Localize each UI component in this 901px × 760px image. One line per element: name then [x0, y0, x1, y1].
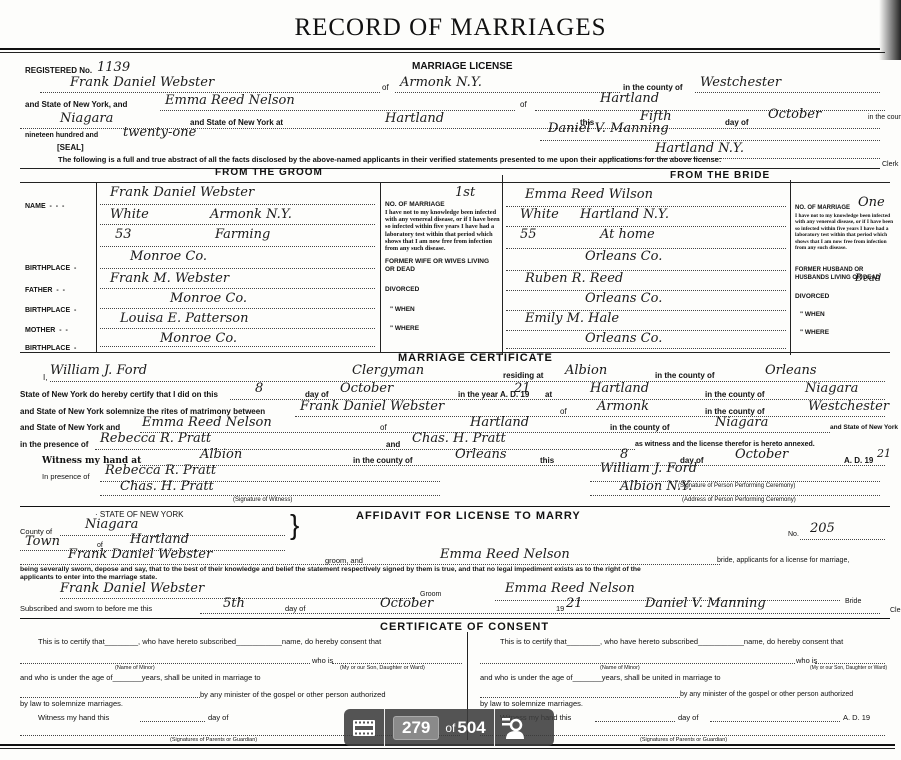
license-month: October	[768, 108, 821, 122]
bride-sig-label: Bride	[845, 597, 861, 606]
line	[95, 449, 635, 450]
officiant-county: Orleans	[765, 364, 817, 378]
officiant-address: Albion N.Y.	[620, 480, 692, 494]
cert-bride-county: Niagara	[715, 416, 768, 430]
license-issued-at: Hartland	[385, 112, 444, 126]
divider	[380, 182, 381, 352]
line	[595, 721, 675, 722]
officiant-sig-caption: (Signature of Person Performing Ceremony…	[678, 482, 795, 491]
line	[506, 206, 786, 207]
title-rule-2	[0, 52, 885, 53]
consent-left-relation-caption: (My or our Son, Daughter or Ward)	[340, 664, 425, 673]
groom-mother-birthplace: Monroe Co.	[160, 332, 237, 346]
abstract-text: The following is a full and true abstrac…	[58, 155, 721, 164]
page-title: RECORD OF MARRIAGES	[0, 14, 901, 42]
groom-label-father-birthplace: BIRTHPLACE -	[25, 306, 76, 316]
line	[100, 204, 375, 205]
divider	[502, 175, 503, 355]
signed-month: October	[735, 448, 788, 462]
signed-at: Albion	[200, 448, 242, 462]
consent-right-ad: A. D. 19	[843, 713, 870, 723]
license-heading: MARRIAGE LICENSE	[412, 62, 513, 72]
affidavit-no-label: No.	[788, 530, 799, 540]
groom-health-statement: I have not to my knowledge been infected…	[385, 209, 500, 252]
consent-right-line1: This is to certify that________, who hav…	[500, 637, 843, 647]
line	[506, 248, 786, 249]
affidavit-clerk-label: Clerk	[890, 606, 901, 615]
officiant-signature: William J. Ford	[600, 462, 697, 476]
groom-where-label: " WHERE	[390, 324, 419, 334]
bride-applicants-label: bride, applicants for a license for marr…	[717, 556, 849, 566]
signed-county: Orleans	[455, 448, 507, 462]
line	[20, 697, 200, 698]
bride-no-marriage: One	[858, 196, 885, 210]
bride-age: 55	[520, 228, 537, 242]
license-bride-name: Emma Reed Nelson	[165, 94, 295, 108]
line	[506, 270, 786, 271]
line	[100, 246, 375, 247]
subscribed-label: Subscribed and sworn to before me this	[20, 604, 152, 614]
i-label: I,	[43, 373, 47, 383]
section-rule	[20, 168, 880, 169]
certify-text: State of New York do hereby certify that…	[20, 390, 218, 400]
officiant-name: William J. Ford	[50, 364, 147, 378]
section-rule-2	[20, 182, 890, 183]
state-ny-text: and State of New York	[830, 423, 898, 433]
sig-witness2: Chas. H. Pratt	[120, 480, 214, 494]
cert-groom-name: Frank Daniel Webster	[300, 400, 444, 414]
bride-where-label: " WHERE	[800, 328, 829, 338]
groom-label-birthplace: BIRTHPLACE -	[25, 264, 76, 274]
clerk-address: Hartland N.Y.	[655, 142, 744, 156]
consent-left-witness: Witness my hand this	[38, 713, 109, 723]
section-rule-5	[20, 618, 890, 619]
groom-label-name: NAME - - -	[25, 202, 64, 212]
bride-father-birthplace: Orleans Co.	[585, 292, 662, 306]
filmstrip-icon	[353, 720, 375, 736]
bride-when-label: " WHEN	[800, 310, 825, 320]
line	[200, 613, 880, 614]
license-bride-residence: Hartland	[600, 92, 659, 106]
consent-right-line3: and who is under the age of_______years,…	[480, 673, 721, 683]
affidavit-town: Hartland	[130, 533, 189, 547]
of-label: of	[382, 83, 389, 93]
affidavit-no: 205	[810, 522, 835, 536]
line	[800, 539, 885, 540]
bride-former-value: Dead	[855, 272, 881, 286]
officiant-residence: Albion	[565, 364, 607, 378]
consent-right-line4: by any minister of the gospel or other p…	[680, 690, 853, 700]
line	[140, 721, 205, 722]
consent-right-relation-caption: (My or our Son, Daughter or Ward)	[810, 664, 887, 673]
image-viewer-toolbar: 279 of 504	[344, 709, 554, 746]
bride-heading: FROM THE BRIDE	[670, 170, 770, 181]
line	[50, 381, 885, 382]
affidavit-county: Niagara	[85, 518, 138, 532]
record-page-image: RECORD OF MARRIAGES MARRIAGE LICENSE REG…	[0, 0, 901, 760]
registered-no: 1139	[97, 61, 130, 75]
bride-mother: Emily M. Hale	[525, 312, 619, 326]
groom-age: 53	[115, 228, 132, 242]
license-year-words: twenty-one	[123, 126, 196, 140]
consent-left-day-of: day of	[208, 713, 228, 723]
officiant-title: Clergyman	[352, 364, 424, 378]
cert-groom-residence: Armonk	[597, 400, 649, 414]
consent-left-line3: and who is under the age of_______years,…	[20, 673, 261, 683]
cert-bride-residence: Hartland	[470, 416, 529, 430]
groom-color: White	[110, 208, 149, 222]
page-of-label: of	[445, 721, 455, 735]
bottom-rule-2	[0, 748, 895, 749]
bride-father: Ruben R. Reed	[525, 272, 623, 286]
bride-health-statement: I have not to my knowledge been infected…	[795, 213, 895, 251]
consent-left-minor-caption: (Name of Minor)	[115, 664, 155, 673]
residing-label: residing at	[503, 371, 543, 381]
bride-birthplace: Orleans Co.	[585, 250, 662, 264]
subscribed-year: 21	[566, 597, 583, 611]
groom-name: Frank Daniel Webster	[110, 186, 254, 200]
separator	[384, 709, 385, 746]
affidavit-heading: AFFIDAVIT FOR LICENSE TO MARRY	[356, 510, 581, 522]
line	[20, 663, 310, 664]
line	[295, 416, 885, 417]
cert-month: October	[340, 382, 393, 396]
signed-day: 8	[620, 448, 628, 462]
line	[100, 288, 375, 289]
officiant-addr-caption: (Address of Person Performing Ceremony)	[682, 496, 796, 505]
consent-heading: CERTIFICATE OF CONSENT	[380, 621, 549, 633]
subscribed-day: 5th	[223, 597, 245, 611]
state-at-label: and State of New York at	[190, 118, 283, 128]
groom-residence: Armonk N.Y.	[210, 208, 292, 222]
bride-mother-birthplace: Orleans Co.	[585, 332, 662, 346]
line	[100, 328, 375, 329]
consent-left-line4: by any minister of the gospel or other p…	[200, 690, 386, 700]
line	[506, 310, 786, 311]
cert-place-county: Niagara	[805, 382, 858, 396]
bride-name: Emma Reed Wilson	[525, 188, 653, 202]
groom-birthplace: Monroe Co.	[130, 250, 207, 264]
affidavit-bride-signature: Emma Reed Nelson	[505, 582, 635, 596]
groom-divorced-label: DIVORCED	[385, 285, 419, 295]
signed-year: 21	[877, 447, 891, 461]
consent-right-day-of: day of	[678, 713, 698, 723]
bride-divorced-label: DIVORCED	[795, 292, 829, 302]
line	[480, 697, 680, 698]
bride-no-marriage-label: NO. OF MARRIAGE	[795, 203, 850, 213]
day-of-label: day of	[725, 118, 749, 128]
line	[535, 110, 885, 111]
seal-label: [SEAL]	[57, 143, 84, 153]
cert-groom-county: Westchester	[808, 400, 889, 414]
cert-year: 21	[514, 382, 531, 396]
line	[100, 346, 375, 347]
line	[506, 330, 786, 331]
affidavit-clerk-signature: Daniel V. Manning	[645, 597, 766, 611]
groom-former-label: FORMER WIFE OR WIVES LIVING OR DEAD	[385, 258, 500, 274]
groom-label-mother: MOTHER - -	[25, 326, 68, 336]
bride-occupation: At home	[600, 228, 655, 242]
license-groom-county: Westchester	[700, 76, 781, 90]
in-presence-label: In presence of	[42, 472, 90, 482]
line	[506, 348, 786, 349]
sig-witness-caption: (Signature of Witness)	[233, 496, 292, 505]
line	[506, 226, 786, 227]
cert-bride-name: Emma Reed Nelson	[142, 416, 272, 430]
bride-residence: Hartland N.Y.	[580, 208, 669, 222]
groom-father-birthplace: Monroe Co.	[170, 292, 247, 306]
title-rule	[0, 48, 880, 50]
page-total: 504	[457, 718, 485, 738]
subscribed-month: October	[380, 597, 433, 611]
groom-occupation: Farming	[215, 228, 270, 242]
presence-label: in the presence of	[20, 440, 88, 450]
affidavit-groom-name: Frank Daniel Webster	[68, 548, 212, 562]
cert-place: Hartland	[590, 382, 649, 396]
bride-color: White	[520, 208, 559, 222]
affidavit-bride-name: Emma Reed Nelson	[440, 548, 570, 562]
groom-no-marriage: 1st	[455, 186, 475, 200]
affidavit-groom-signature: Frank Daniel Webster	[60, 582, 204, 596]
consent-left-line5: by law to solemnize marriages.	[20, 699, 123, 709]
line	[695, 92, 880, 93]
nineteen-label: nineteen hundred and	[25, 131, 98, 141]
clerk-label: Clerk	[882, 160, 898, 169]
line	[160, 110, 515, 111]
clerk-name: Daniel V. Manning	[548, 122, 669, 136]
line	[100, 224, 375, 225]
consent-left-who-is: who is	[312, 656, 333, 666]
filmstrip-button[interactable]	[344, 709, 384, 746]
index-button[interactable]	[495, 709, 531, 746]
officiant-county-label: in the county of	[655, 371, 715, 381]
page-number-input[interactable]: 279	[393, 716, 439, 740]
line	[395, 92, 620, 93]
town-type: Town	[25, 535, 60, 549]
witness2: Chas. H. Pratt	[412, 432, 506, 446]
cert-day: 8	[255, 382, 263, 396]
brace: }	[290, 510, 299, 540]
line	[140, 465, 885, 466]
line	[100, 268, 375, 269]
consent-right-line5: by law to solemnize marriages.	[480, 699, 583, 709]
consent-right-minor-caption: (Name of Minor)	[600, 664, 640, 673]
groom-heading: FROM THE GROOM	[215, 167, 323, 178]
groom-label-father: FATHER - -	[25, 286, 65, 296]
line	[506, 290, 786, 291]
license-groom-name: Frank Daniel Webster	[70, 76, 214, 90]
witness1: Rebecca R. Pratt	[100, 432, 211, 446]
license-groom-residence: Armonk N.Y.	[400, 76, 482, 90]
consent-left-line1: This is to certify that________, who hav…	[38, 637, 381, 647]
groom-when-label: " WHEN	[390, 305, 415, 315]
divider	[96, 182, 97, 352]
license-bride-county: Niagara	[60, 112, 113, 126]
of-label-2: of	[520, 100, 527, 110]
in-county-of-label: in the county of	[868, 113, 901, 122]
sig-witness1: Rebecca R. Pratt	[105, 464, 216, 478]
divider	[790, 180, 791, 355]
line	[100, 308, 375, 309]
section-rule-4	[20, 506, 890, 507]
person-index-icon	[502, 716, 524, 740]
groom-mother: Louisa E. Patterson	[120, 312, 248, 326]
groom-father: Frank M. Webster	[110, 272, 229, 286]
line	[710, 721, 840, 722]
state-and-label: and State of New York, and	[25, 100, 127, 110]
